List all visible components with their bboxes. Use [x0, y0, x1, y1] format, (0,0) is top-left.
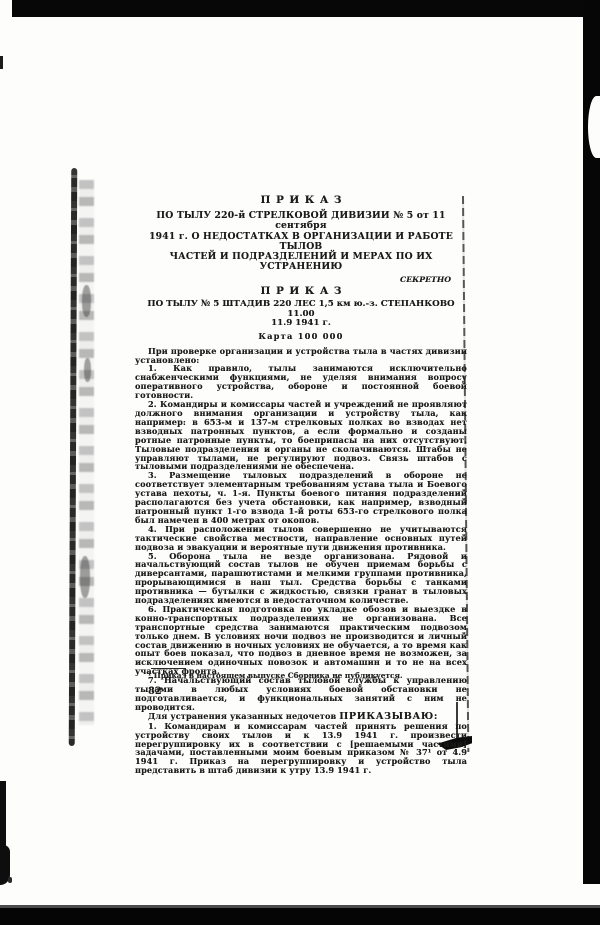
order-title: ПО ТЫЛУ 220-й СТРЕЛКОВОЙ ДИВИЗИИ № 5 от …	[135, 211, 467, 273]
order-title-line: ЧАСТЕЙ И ПОДРАЗДЕЛЕНИЙ И МЕРАХ ПО ИХ УСТ…	[135, 252, 467, 273]
footnote-block: ¹ Приказ в настоящем выпуске Сборника не…	[135, 668, 467, 681]
order-paragraph: 6. Практическая подготовка по укладке об…	[135, 605, 467, 676]
order-paragraph: 2. Командиры и комиссары частей и учрежд…	[135, 400, 467, 471]
order-paragraph: 3. Размещение тыловых подразделений в об…	[135, 471, 467, 524]
page-number: 82	[148, 686, 162, 697]
footnote-rule	[151, 668, 185, 669]
gutter-smudge-blob	[82, 285, 91, 317]
order-body: При проверке организации и устройства ты…	[135, 347, 467, 776]
book-gutter-shadow	[69, 168, 78, 746]
scan-ink-speck	[8, 877, 12, 883]
order-title-line: 1941 г. О НЕДОСТАТКАХ В ОРГАНИЗАЦИИ И РА…	[135, 232, 467, 253]
order-title-line: ПО ТЫЛУ 220-й СТРЕЛКОВОЙ ДИВИЗИИ № 5 от …	[135, 211, 467, 232]
order-item: 1. Командирам и комиссарам частей принят…	[135, 722, 467, 775]
scan-edge-mark	[0, 56, 3, 69]
order-paragraph: 5. Оборона тыла не везде организована. Р…	[135, 552, 467, 605]
gutter-smudge-blob	[80, 556, 90, 598]
classification-stamp: СЕКРЕТНО	[135, 275, 467, 284]
scan-ink-blob-left	[0, 781, 6, 851]
order-dateline-date: 11.9 1941 г.	[135, 319, 467, 329]
order-paragraph: 7. Начальствующий состав тыловой службы …	[135, 676, 467, 712]
book-gutter-smudge	[79, 180, 94, 725]
scan-border-notch	[588, 96, 600, 158]
order-paragraph: 1. Как правило, тылы занимаются исключит…	[135, 364, 467, 400]
footnote-text: ¹ Приказ в настоящем выпуске Сборника не…	[135, 672, 467, 681]
order-paragraph: При проверке организации и устройства ты…	[135, 347, 467, 365]
order-heading: ПРИКАЗ	[135, 195, 467, 206]
map-scale-note: Карта 100 000	[135, 332, 467, 342]
scan-border-bottom	[0, 908, 600, 925]
order-paragraph: 4. При расположении тылов совершенно не …	[135, 525, 467, 552]
directive-intro: Для устранения указанных недочетов	[148, 711, 339, 721]
scan-border-top	[12, 0, 600, 17]
gutter-smudge-blob	[84, 358, 91, 382]
order-dateline: ПО ТЫЛУ № 5 ШТАДИВ 220 ЛЕС 1,5 км ю.-з. …	[135, 300, 467, 320]
order-document: ПРИКАЗ ПО ТЫЛУ 220-й СТРЕЛКОВОЙ ДИВИЗИИ …	[135, 195, 467, 775]
order-subheading: ПРИКАЗ	[135, 286, 467, 297]
